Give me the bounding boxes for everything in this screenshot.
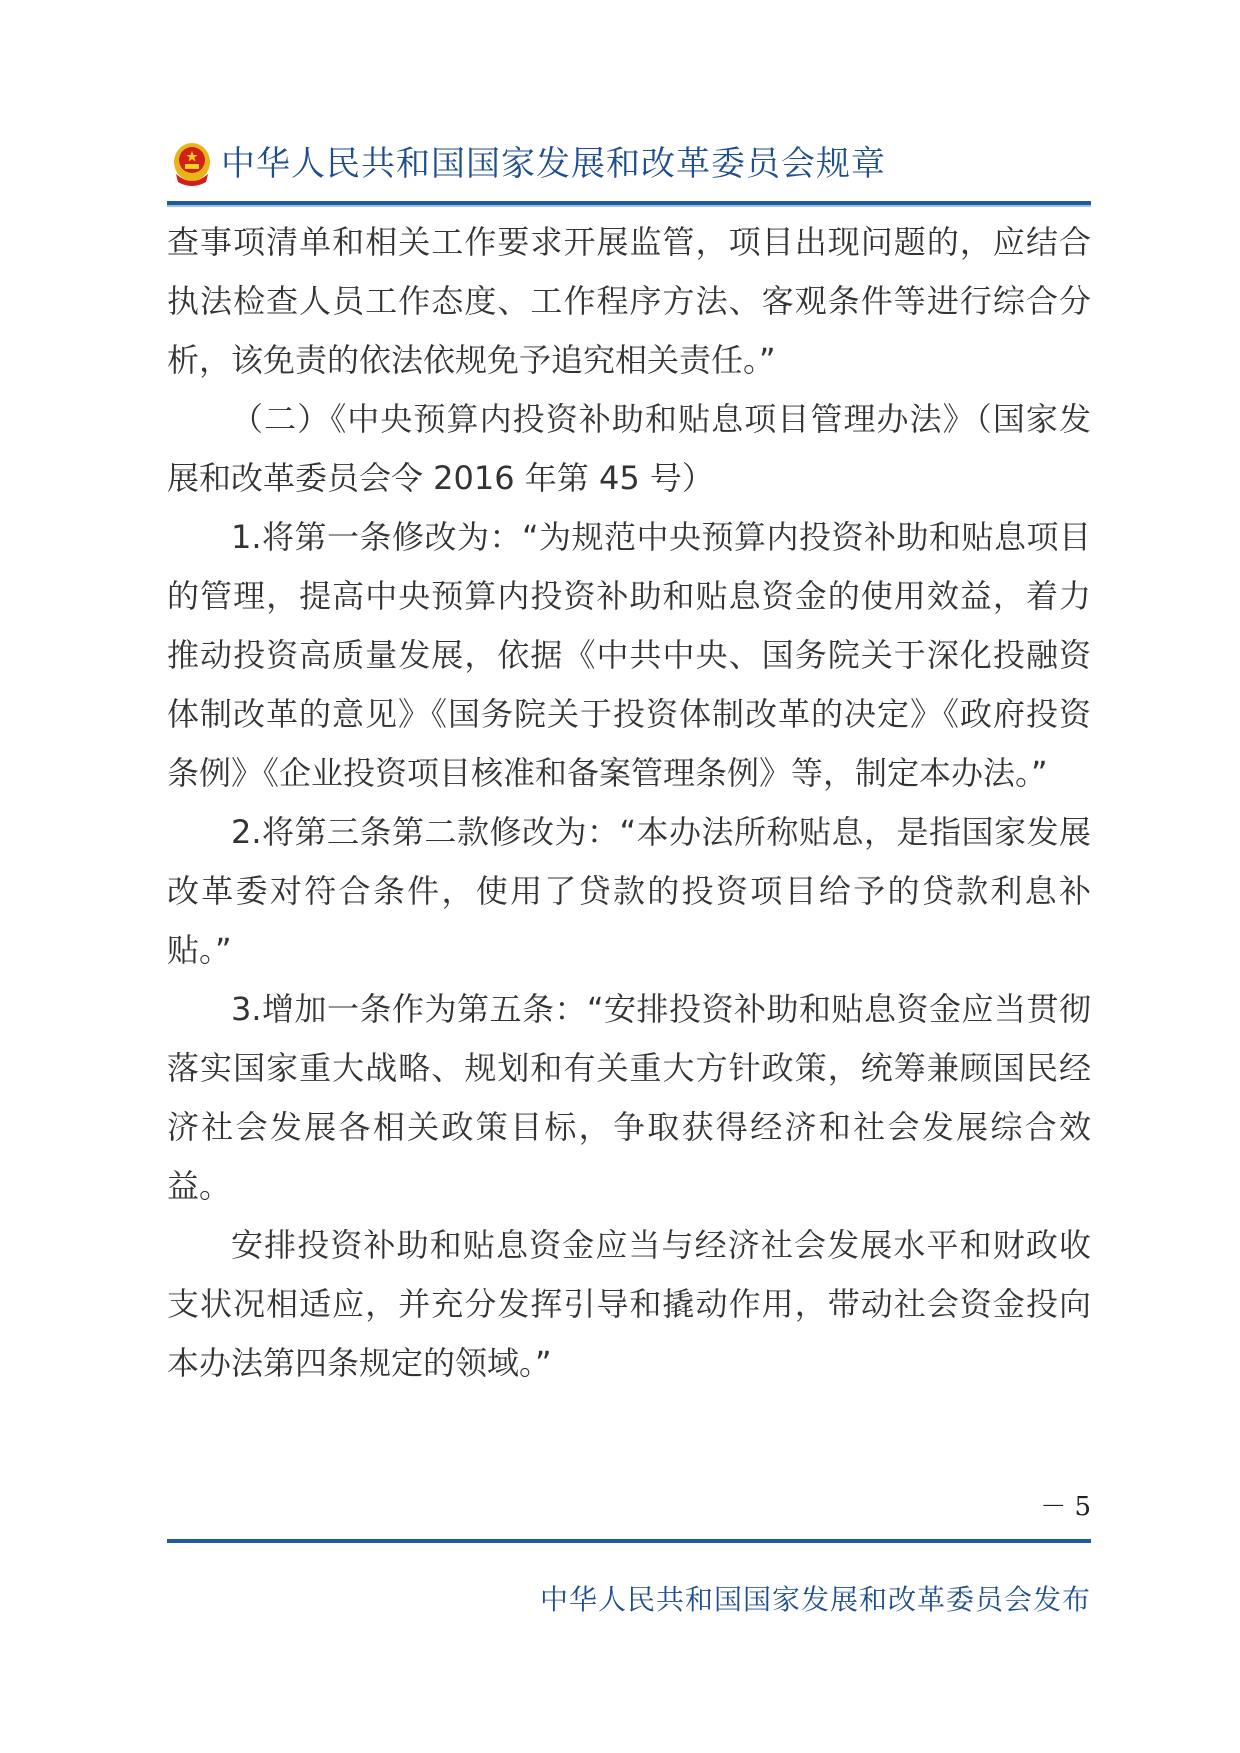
page-header: 中华人民共和国国家发展和改革委员会规章 [167, 136, 1091, 192]
header-title: 中华人民共和国国家发展和改革委员会规章 [221, 140, 886, 188]
national-emblem-icon [172, 142, 212, 188]
paragraph: 2.将第三条第二款修改为：“本办法所称贴息，是指国家发展改革委对符合条件，使用了… [167, 803, 1091, 980]
paragraph: 安排投资补助和贴息资金应当与经济社会发展水平和财政收支状况相适应，并充分发挥引导… [167, 1216, 1091, 1393]
footer-divider [167, 1539, 1091, 1543]
document-body: 查事项清单和相关工作要求开展监管，项目出现问题的，应结合执法检查人员工作态度、工… [167, 213, 1091, 1393]
header-divider [167, 201, 1091, 207]
paragraph: 1.将第一条修改为：“为规范中央预算内投资补助和贴息项目的管理，提高中央预算内投… [167, 508, 1091, 803]
paragraph: 查事项清单和相关工作要求开展监管，项目出现问题的，应结合执法检查人员工作态度、工… [167, 213, 1091, 390]
page-number: － 5 － [1010, 1486, 1091, 1560]
paragraph: 3.增加一条作为第五条：“安排投资补助和贴息资金应当贯彻落实国家重大战略、规划和… [167, 980, 1091, 1216]
section-heading: （二）《中央预算内投资补助和贴息项目管理办法》（国家发展和改革委员会令 2016… [167, 390, 1091, 508]
footer-publisher: 中华人民共和国国家发展和改革委员会发布 [540, 1578, 1091, 1618]
